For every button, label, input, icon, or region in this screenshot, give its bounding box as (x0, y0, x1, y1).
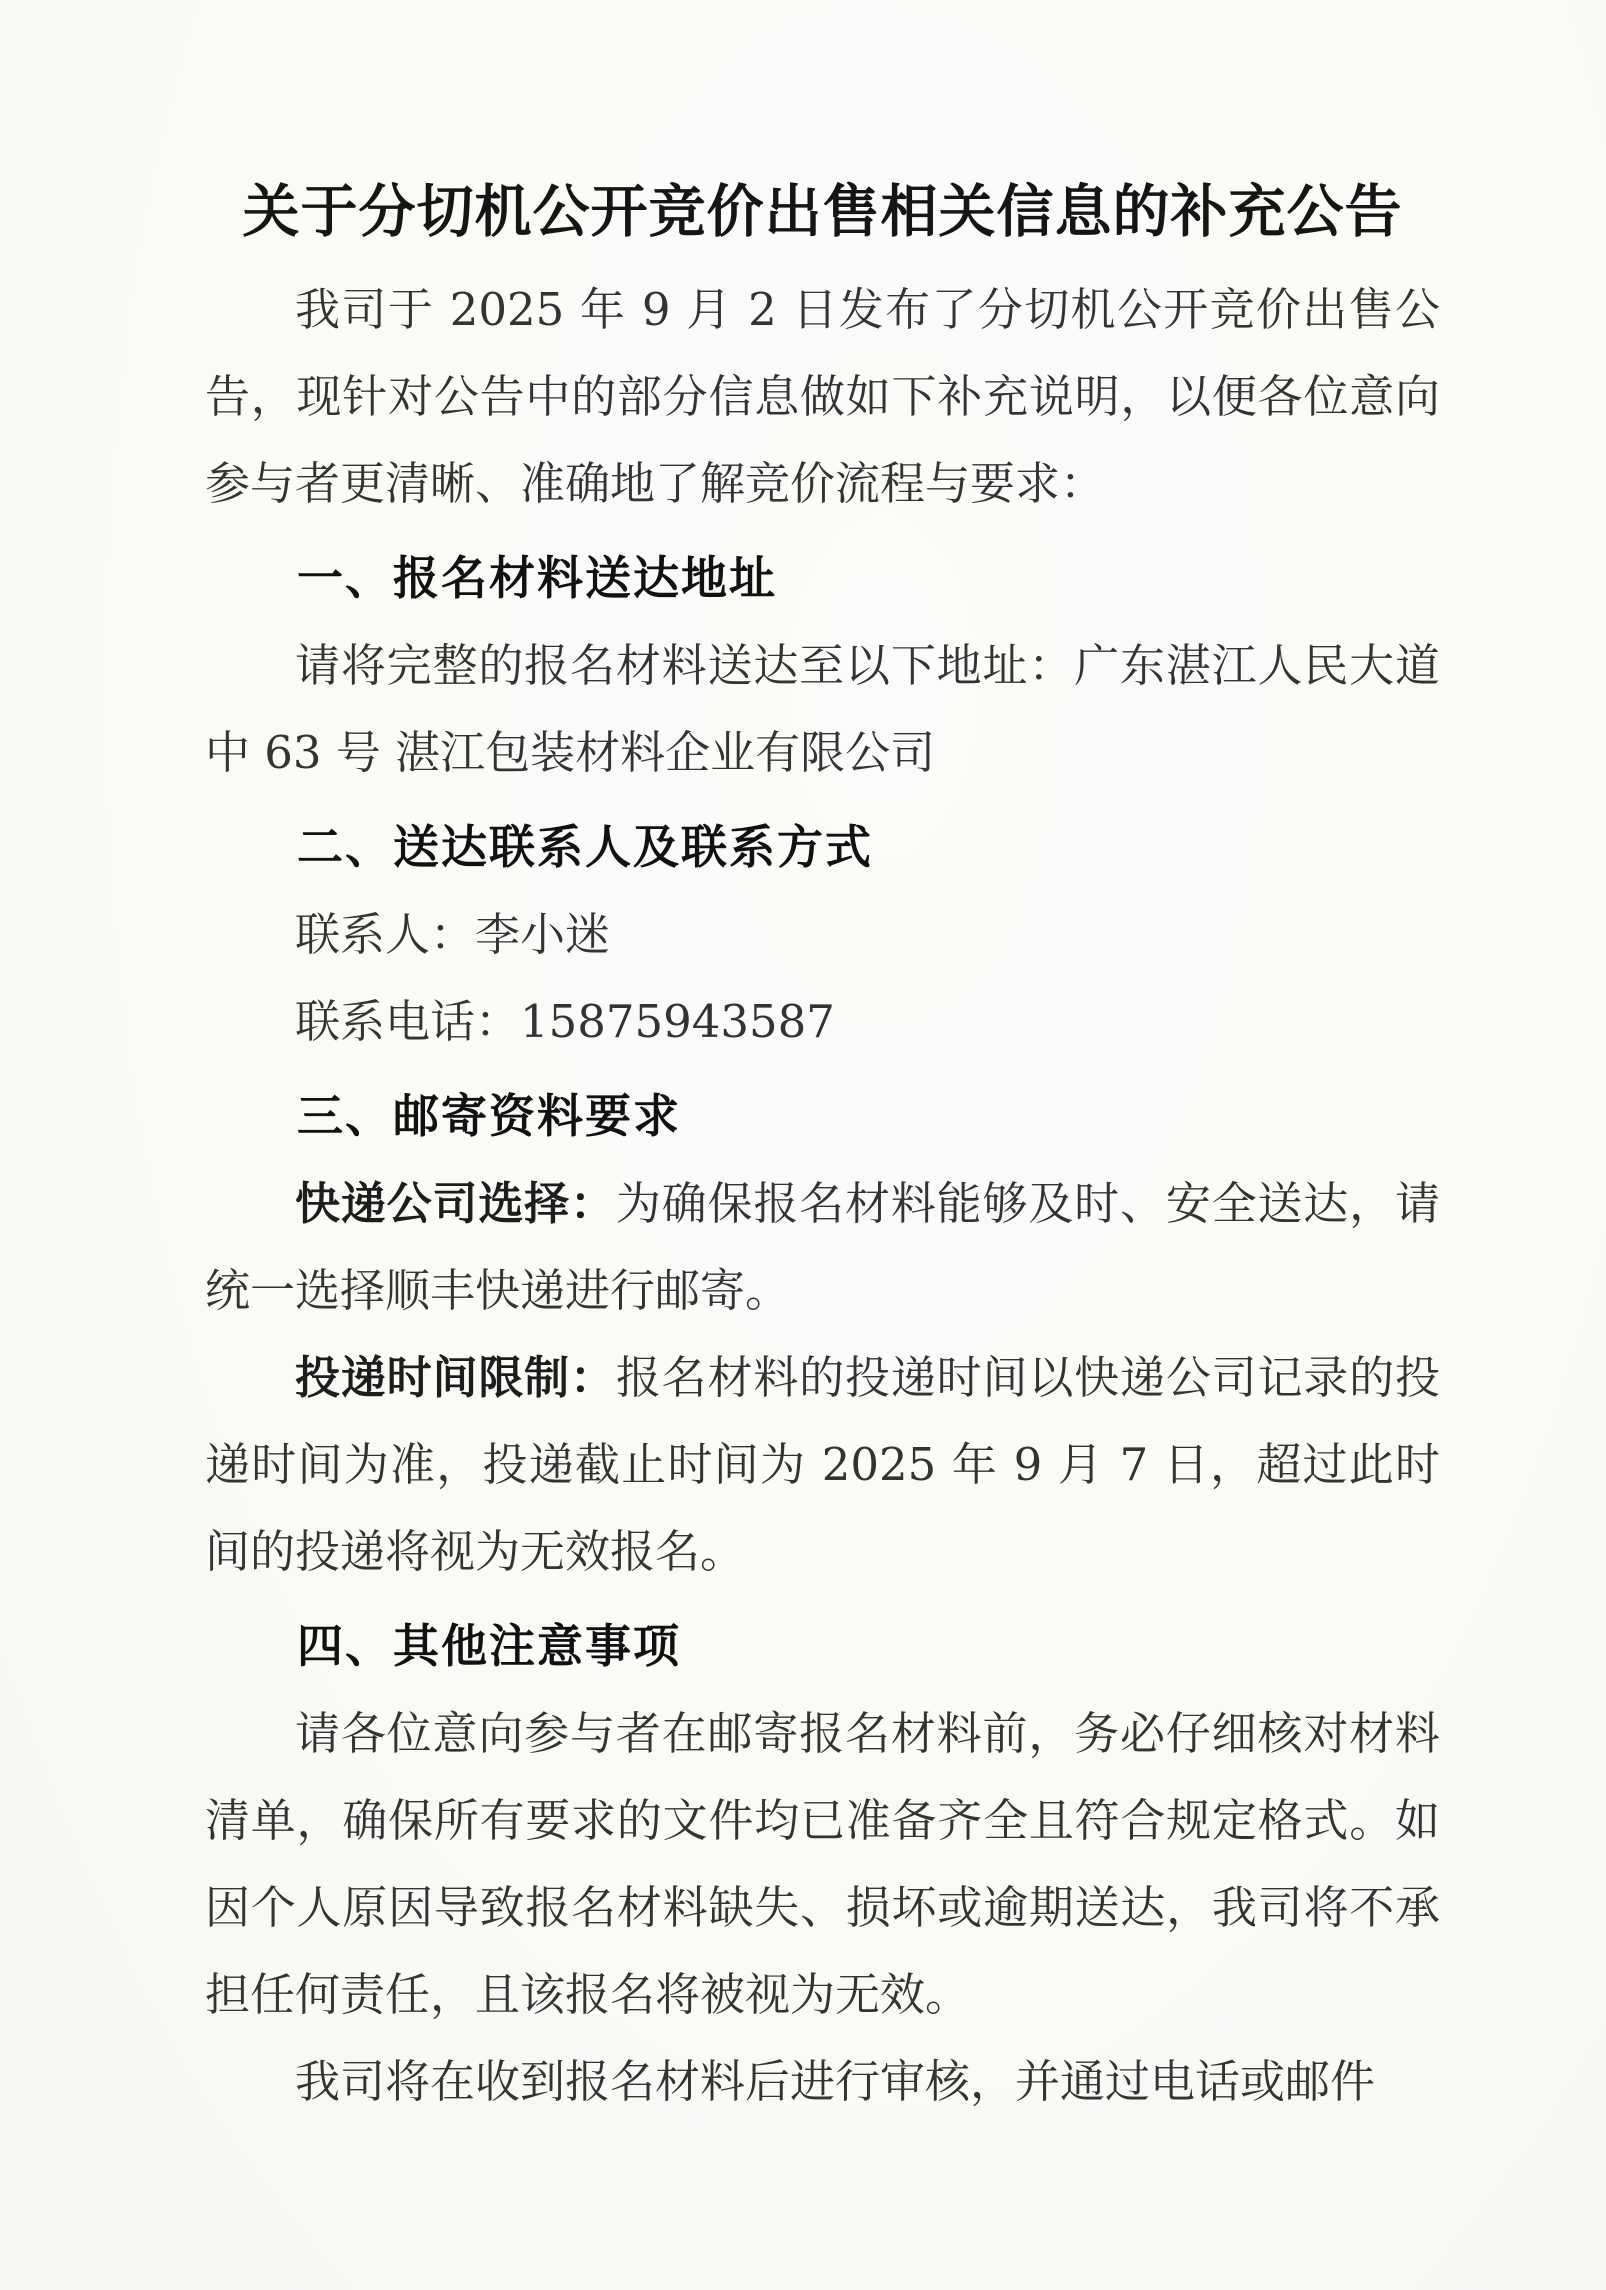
scanned-document-page: 关于分切机公开竞价出售相关信息的补充公告 我司于 2025 年 9 月 2 日发… (0, 0, 1606, 2290)
delivery-deadline-paragraph: 投递时间限制：报名材料的投递时间以快递公司记录的投递时间为准，投递截止时间为 2… (205, 1334, 1440, 1595)
courier-choice-paragraph: 快递公司选择：为确保报名材料能够及时、安全送达，请统一选择顺丰快递进行邮寄。 (205, 1160, 1440, 1334)
section-2-heading: 二、送达联系人及联系方式 (205, 804, 1440, 891)
intro-paragraph: 我司于 2025 年 9 月 2 日发布了分切机公开竞价出售公告，现针对公告中的… (205, 266, 1440, 527)
notice-checklist-paragraph: 请各位意向参与者在邮寄报名材料前，务必仔细核对材料清单，确保所有要求的文件均已准… (205, 1690, 1440, 2038)
review-notice-paragraph: 我司将在收到报名材料后进行审核，并通过电话或邮件 (205, 2038, 1440, 2125)
delivery-deadline-lead: 投递时间限制： (295, 1351, 616, 1404)
section-1-address-paragraph: 请将完整的报名材料送达至以下地址：广东湛江人民大道中 63 号 湛江包装材料企业… (205, 622, 1440, 796)
contact-phone-line: 联系电话：15875943587 (205, 978, 1440, 1065)
contact-name-line: 联系人：李小迷 (205, 891, 1440, 978)
section-4-heading: 四、其他注意事项 (205, 1603, 1440, 1690)
section-1-heading: 一、报名材料送达地址 (205, 535, 1440, 622)
section-3-heading: 三、邮寄资料要求 (205, 1073, 1440, 1160)
document-title: 关于分切机公开竞价出售相关信息的补充公告 (205, 172, 1440, 252)
courier-choice-lead: 快递公司选择： (295, 1177, 616, 1230)
